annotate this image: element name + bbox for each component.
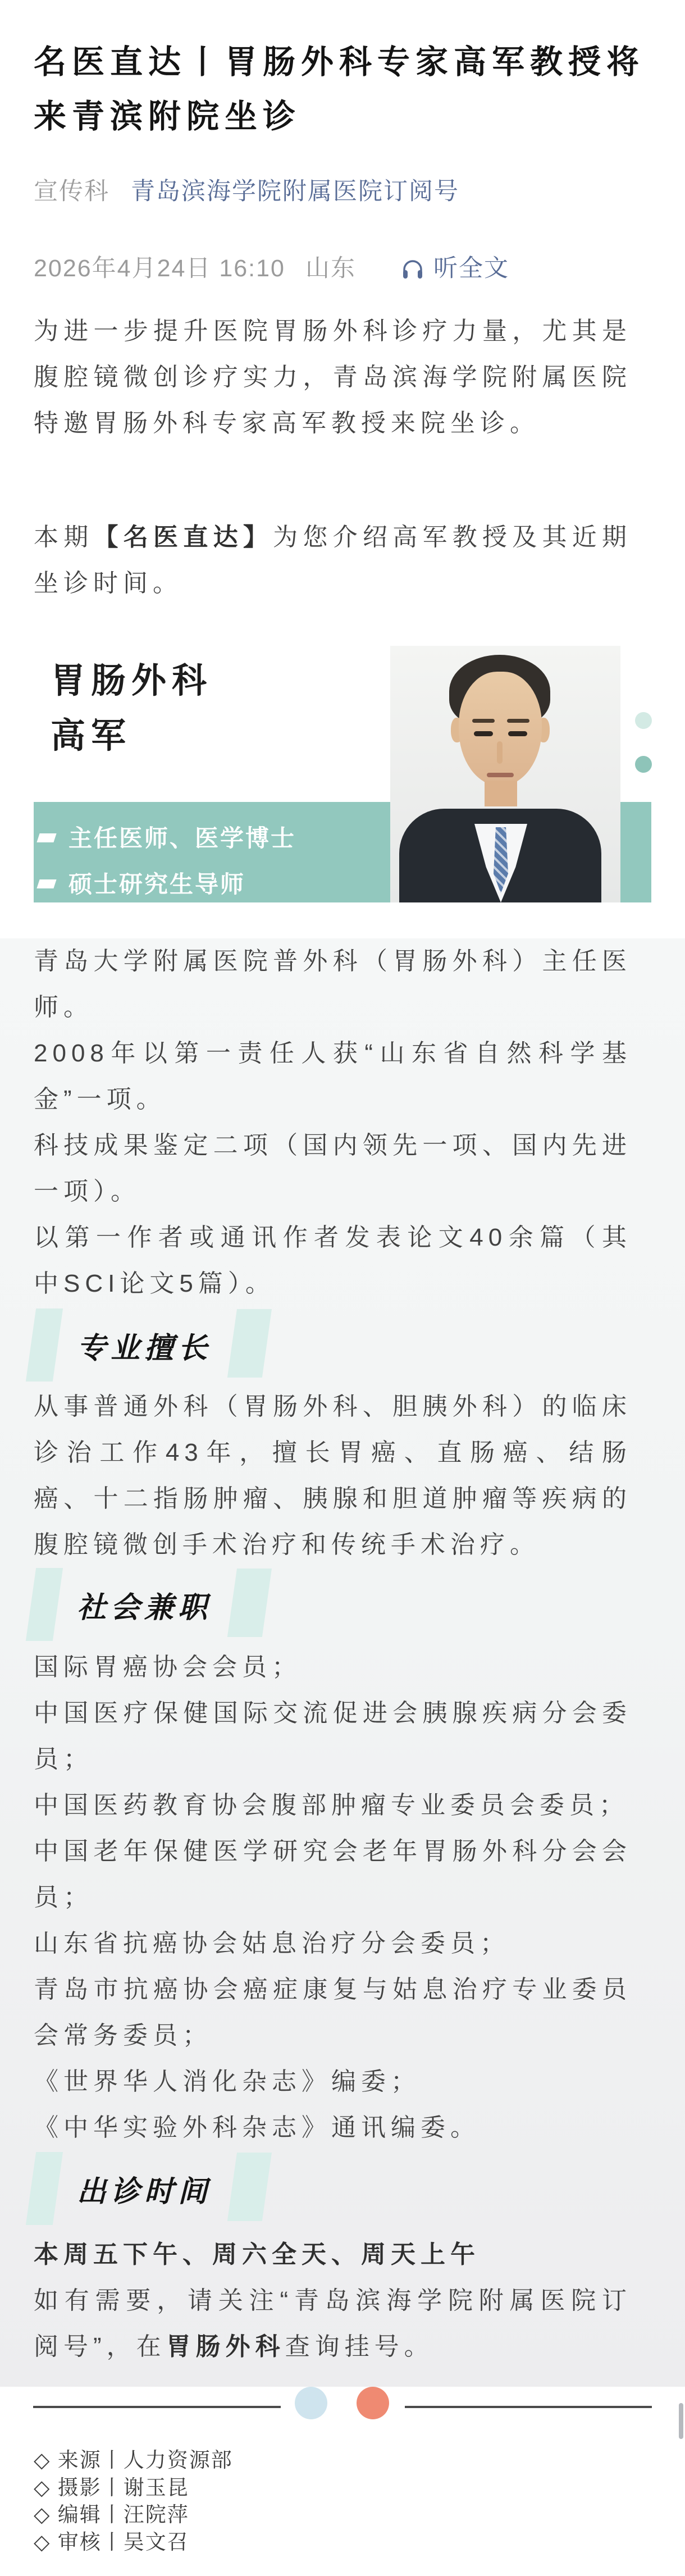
- doctor-card: 胃肠外科 高军 主任医师、医学博士 硕士研究生导师: [34, 644, 651, 902]
- role-item: 山东省抗癌协会姑息治疗分会委员；: [34, 1921, 632, 1967]
- schedule-note: 如有需要，请关注“青岛滨海学院附属医院订阅号”，在胃肠外科查询挂号。: [34, 2278, 632, 2370]
- card-department: 胃肠外科: [51, 653, 212, 703]
- credit-line: ◇ 编辑丨汪院萍: [34, 2501, 654, 2529]
- credit-line: ◇ 审核丨吴文召: [34, 2529, 654, 2556]
- role-item: 中国医药教育协会腹部肿瘤专业委员会委员；: [34, 1782, 632, 1829]
- column-name-highlight: 【名医直达】: [94, 523, 273, 551]
- bio-paragraph: 以第一作者或通讯作者发表论文40余篇（其中SCI论文5篇）。: [34, 1215, 632, 1307]
- divider-line: [33, 2406, 281, 2408]
- mint-parallelogram-icon: [26, 1308, 63, 1382]
- section-heading-roles: 社会兼职: [31, 1568, 654, 1641]
- bio-paragraph: 科技成果鉴定二项（国内领先一项、国内先进一项）。: [34, 1123, 632, 1215]
- schedule-times: 本周五下午、周六全天、周天上午: [34, 2232, 632, 2278]
- mint-parallelogram-icon: [227, 2153, 272, 2221]
- credit-line: ◇ 来源丨人力资源部: [34, 2447, 654, 2474]
- mint-parallelogram-icon: [227, 1309, 272, 1378]
- headphone-icon: [400, 256, 433, 281]
- doctor-photo: [390, 646, 620, 902]
- intro-paragraph: 为进一步提升医院胃肠外科诊疗力量，尤其是腹腔镜微创诊疗实力，青岛滨海学院附属医院…: [34, 308, 632, 446]
- section-heading-specialty: 专业擅长: [31, 1308, 654, 1382]
- doctor-bio: 青岛大学附属医院普外科（胃肠外科）主任医师。2008年以第一责任人获“山东省自然…: [34, 938, 632, 1307]
- card-doctor-name: 高军: [51, 708, 131, 758]
- divider-line: [405, 2406, 652, 2408]
- page-title: 名医直达丨胃肠外科专家高军教授将来青滨附院坐诊: [34, 0, 651, 144]
- author-label: 宣传科: [34, 179, 109, 204]
- section-heading-schedule: 出诊时间: [31, 2152, 654, 2225]
- publish-date: 2026年4月24日 16:10: [34, 256, 285, 281]
- region-label: 山东: [305, 256, 356, 281]
- schedule-paragraph: 本周五下午、周六全天、周天上午 如有需要，请关注“青岛滨海学院附属医院订阅号”，…: [34, 2232, 632, 2370]
- scrollbar-thumb[interactable]: [679, 2403, 683, 2439]
- mint-parallelogram-icon: [227, 1569, 272, 1637]
- role-item: 国际胃癌协会会员；: [34, 1644, 632, 1690]
- decor-dot-light: [635, 712, 652, 729]
- roles-list: 国际胃癌协会会员；中国医疗保健国际交流促进会胰腺疾病分会委员；中国医药教育协会腹…: [34, 1644, 632, 2151]
- photo-face: [459, 672, 542, 786]
- bio-paragraph: 2008年以第一责任人获“山东省自然科学基金”一项。: [34, 1031, 632, 1123]
- mint-parallelogram-icon: [26, 2152, 63, 2225]
- account-link[interactable]: 青岛滨海学院附属医院订阅号: [131, 179, 459, 204]
- dash-bullet-icon: [36, 879, 56, 888]
- intro-paragraph-2: 本期【名医直达】为您介绍高军教授及其近期坐诊时间。: [34, 514, 632, 607]
- role-item: 《世界华人消化杂志》编委；: [34, 2059, 632, 2105]
- byline-row: 宣传科 青岛滨海学院附属医院订阅号: [34, 179, 654, 204]
- listen-label: 听全文: [433, 256, 509, 281]
- date-row: 2026年4月24日 16:10 山东 听全文: [34, 256, 654, 281]
- credits-block: ◇ 来源丨人力资源部◇ 摄影丨谢玉昆◇ 编辑丨汪院萍◇ 审核丨吴文召: [0, 2447, 685, 2556]
- bio-paragraph: 青岛大学附属医院普外科（胃肠外科）主任医师。: [34, 938, 632, 1031]
- specialty-paragraph: 从事普通外科（胃肠外科、胆胰外科）的临床诊治工作43年，擅长胃癌、直肠癌、结肠癌…: [34, 1384, 632, 1568]
- listen-button[interactable]: 听全文: [400, 256, 509, 281]
- section-divider: [0, 2387, 685, 2419]
- role-item: 《中华实验外科杂志》通讯编委。: [34, 2105, 632, 2151]
- credit-line: ◇ 摄影丨谢玉昆: [34, 2474, 654, 2502]
- role-item: 中国老年保健医学研究会老年胃肠外科分会会员；: [34, 1829, 632, 1921]
- role-item: 中国医疗保健国际交流促进会胰腺疾病分会委员；: [34, 1690, 632, 1782]
- dash-bullet-icon: [36, 833, 56, 842]
- profile-section: 青岛大学附属医院普外科（胃肠外科）主任医师。2008年以第一责任人获“山东省自然…: [0, 938, 685, 2387]
- mint-parallelogram-icon: [26, 1568, 63, 1641]
- divider-dot-salmon: [357, 2387, 389, 2419]
- role-item: 青岛市抗癌协会癌症康复与姑息治疗专业委员会常务委员；: [34, 1967, 632, 2059]
- divider-dot-blue: [295, 2387, 327, 2419]
- decor-dot-dark: [635, 756, 652, 773]
- article-header: 名医直达丨胃肠外科专家高军教授将来青滨附院坐诊 宣传科 青岛滨海学院附属医院订阅…: [0, 0, 685, 902]
- article-page: 名医直达丨胃肠外科专家高军教授将来青滨附院坐诊 宣传科 青岛滨海学院附属医院订阅…: [0, 0, 685, 2576]
